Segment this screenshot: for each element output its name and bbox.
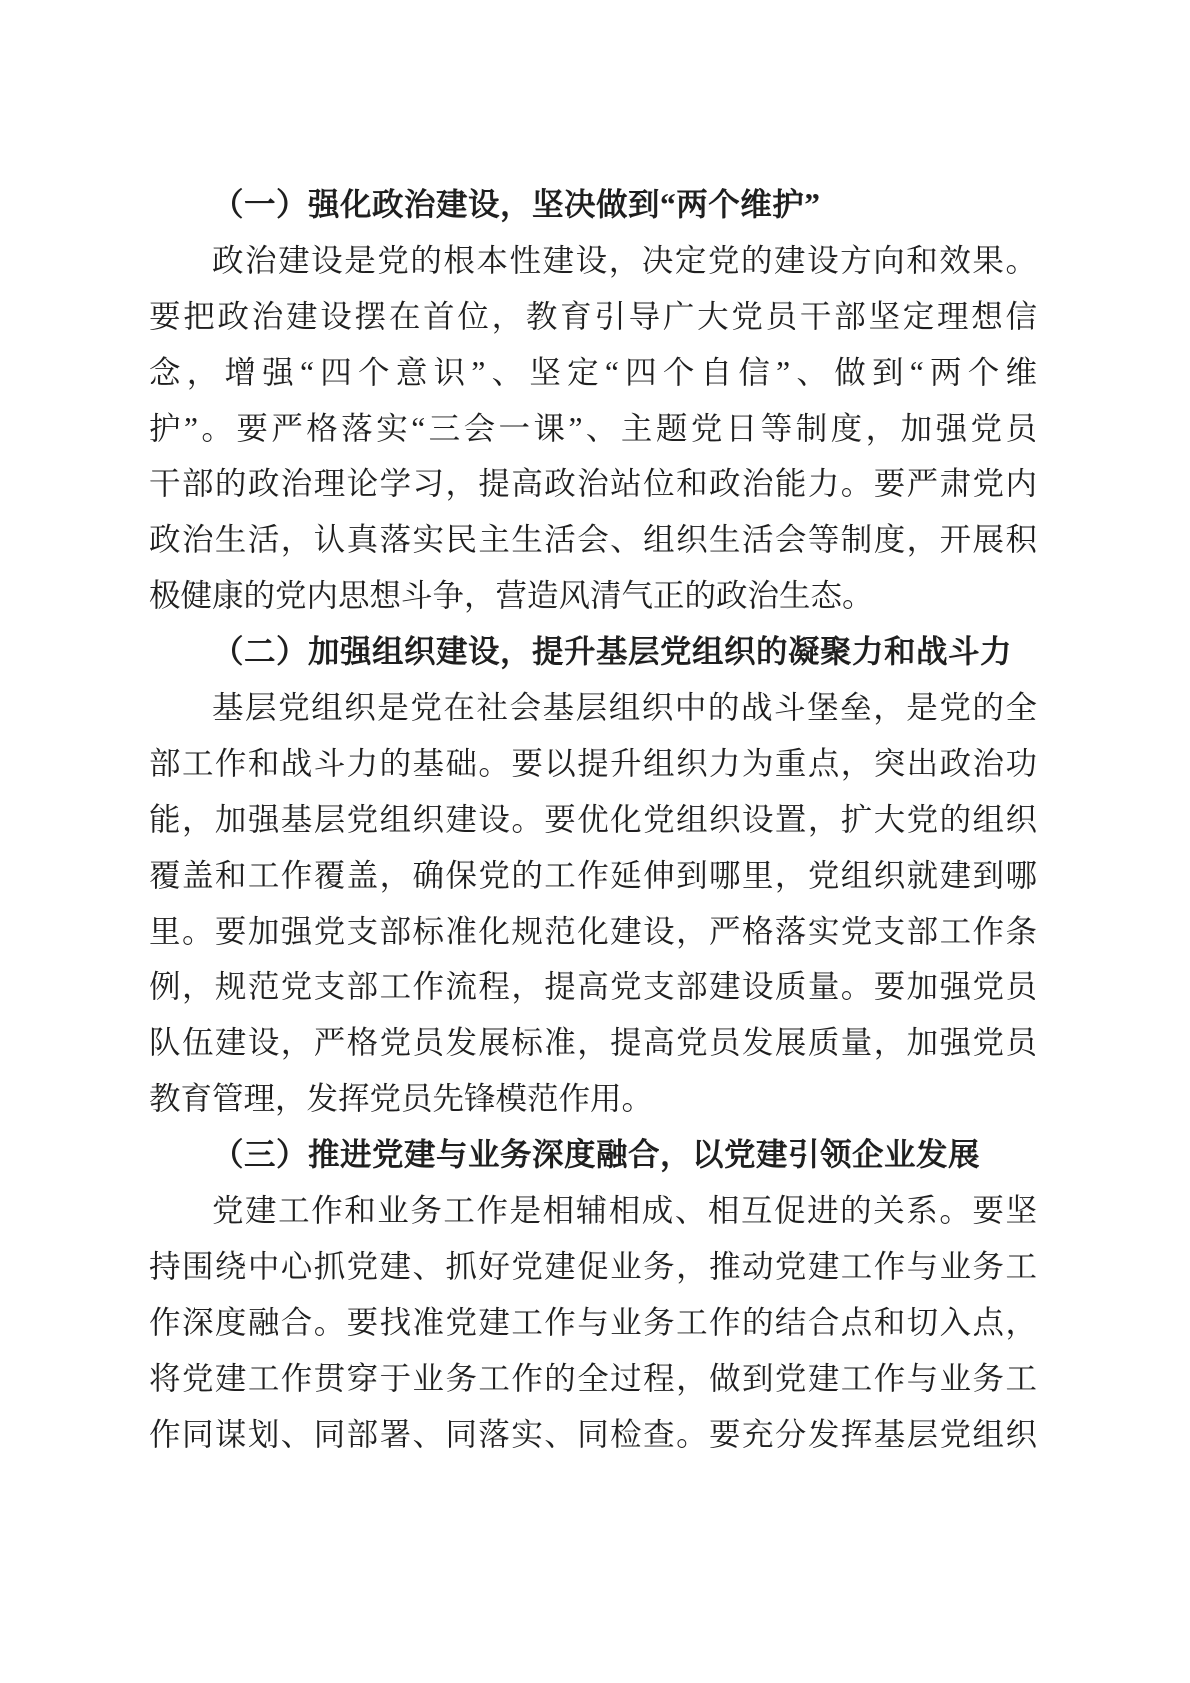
section-heading: （一）强化政治建设，坚决做到“两个维护” (149, 177, 1037, 233)
paragraph-line: 要把政治建设摆在首位，教育引导广大党员干部坚定理想信 (149, 289, 1037, 345)
section-heading: （三）推进党建与业务深度融合，以党建引领企业发展 (149, 1127, 1037, 1183)
paragraph-line: 干部的政治理论学习，提高政治站位和政治能力。要严肃党内 (149, 456, 1037, 512)
paragraph-line: 部工作和战斗力的基础。要以提升组织力为重点，突出政治功 (149, 736, 1037, 792)
paragraph-line: 护”。要严格落实“三会一课”、主题党日等制度，加强党员 (149, 401, 1037, 457)
paragraph-line: 作深度融合。要找准党建工作与业务工作的结合点和切入点， (149, 1295, 1037, 1351)
document-page: （一）强化政治建设，坚决做到“两个维护”政治建设是党的根本性建设，决定党的建设方… (0, 0, 1190, 1683)
paragraph-line: 能，加强基层党组织建设。要优化党组织设置，扩大党的组织 (149, 792, 1037, 848)
paragraph-line: 例，规范党支部工作流程，提高党支部建设质量。要加强党员 (149, 959, 1037, 1015)
paragraph-line: 里。要加强党支部标准化规范化建设，严格落实党支部工作条 (149, 904, 1037, 960)
paragraph-line: 念，增强“四个意识”、坚定“四个自信”、做到“两个维 (149, 345, 1037, 401)
paragraph-line: 覆盖和工作覆盖，确保党的工作延伸到哪里，党组织就建到哪 (149, 848, 1037, 904)
paragraph-line: 党建工作和业务工作是相辅相成、相互促进的关系。要坚 (149, 1183, 1037, 1239)
paragraph-line: 政治生活，认真落实民主生活会、组织生活会等制度，开展积 (149, 512, 1037, 568)
paragraph-line: 持围绕中心抓党建、抓好党建促业务，推动党建工作与业务工 (149, 1239, 1037, 1295)
paragraph-line: 政治建设是党的根本性建设，决定党的建设方向和效果。 (149, 233, 1037, 289)
document-text: （一）强化政治建设，坚决做到“两个维护”政治建设是党的根本性建设，决定党的建设方… (149, 177, 1037, 1462)
paragraph-line: 基层党组织是党在社会基层组织中的战斗堡垒，是党的全 (149, 680, 1037, 736)
paragraph-line: 将党建工作贯穿于业务工作的全过程，做到党建工作与业务工 (149, 1351, 1037, 1407)
paragraph-line: 队伍建设，严格党员发展标准，提高党员发展质量，加强党员 (149, 1015, 1037, 1071)
paragraph-line: 教育管理，发挥党员先锋模范作用。 (149, 1071, 1037, 1127)
paragraph-line: 作同谋划、同部署、同落实、同检查。要充分发挥基层党组织 (149, 1407, 1037, 1463)
section-heading: （二）加强组织建设，提升基层党组织的凝聚力和战斗力 (149, 624, 1037, 680)
paragraph-line: 极健康的党内思想斗争，营造风清气正的政治生态。 (149, 568, 1037, 624)
